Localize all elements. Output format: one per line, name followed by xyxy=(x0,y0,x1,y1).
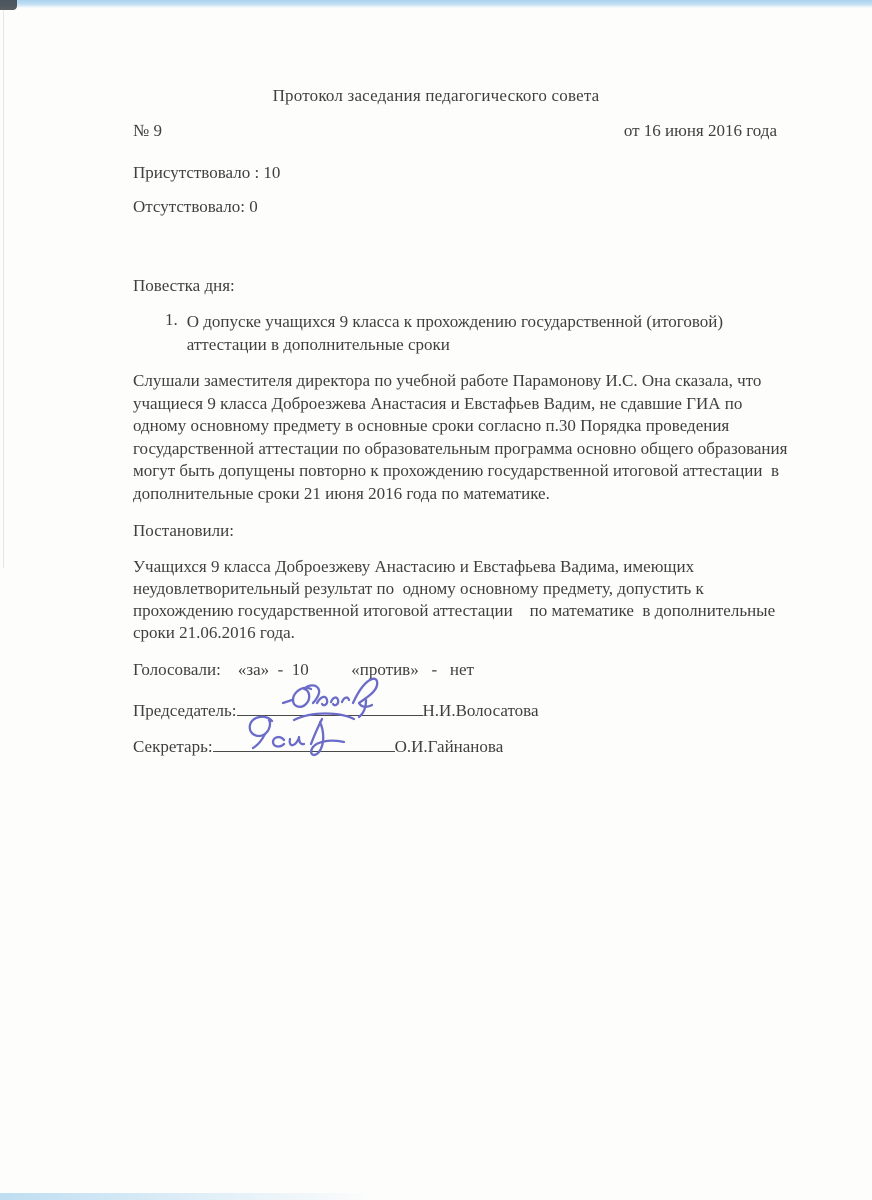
agenda-item: 1. О допуске учащихся 9 класса к прохожд… xyxy=(165,310,805,356)
meta-row: № 9 от 16 июня 2016 года xyxy=(133,121,777,141)
vote-line: Голосовали: «за» - 10 «против» - нет xyxy=(133,660,474,680)
chairman-row: Председатель:Н.И.Волосатова xyxy=(133,701,539,721)
secretary-name: О.И.Гайнанова xyxy=(395,737,504,756)
agenda-item-number: 1. xyxy=(165,310,178,330)
secretary-row: Секретарь:О.И.Гайнанова xyxy=(133,737,503,757)
attendance-present: Присутствовало : 10 xyxy=(133,163,280,183)
heard-paragraph: Слушали заместителя директора по учебной… xyxy=(133,370,813,505)
protocol-date: от 16 июня 2016 года xyxy=(624,121,777,141)
secretary-label: Секретарь: xyxy=(133,737,213,756)
chairman-signature-line xyxy=(237,701,423,716)
resolved-heading: Постановили: xyxy=(133,521,234,541)
scanned-document-page: Протокол заседания педагогического совет… xyxy=(0,0,872,1200)
resolved-paragraph: Учащихся 9 класса Доброезжеву Анастасию … xyxy=(133,556,813,644)
agenda-heading: Повестка дня: xyxy=(133,276,235,296)
scan-edge-bottom xyxy=(0,1193,380,1200)
protocol-number: № 9 xyxy=(133,121,162,141)
chairman-label: Председатель: xyxy=(133,701,237,720)
secretary-signature-line xyxy=(213,737,395,752)
scan-edge-top xyxy=(0,0,872,8)
attendance-absent: Отсутствовало: 0 xyxy=(133,197,258,217)
agenda-item-text: О допуске учащихся 9 класса к прохождени… xyxy=(187,310,723,356)
chairman-name: Н.И.Волосатова xyxy=(423,701,539,720)
document-title: Протокол заседания педагогического совет… xyxy=(0,86,872,106)
